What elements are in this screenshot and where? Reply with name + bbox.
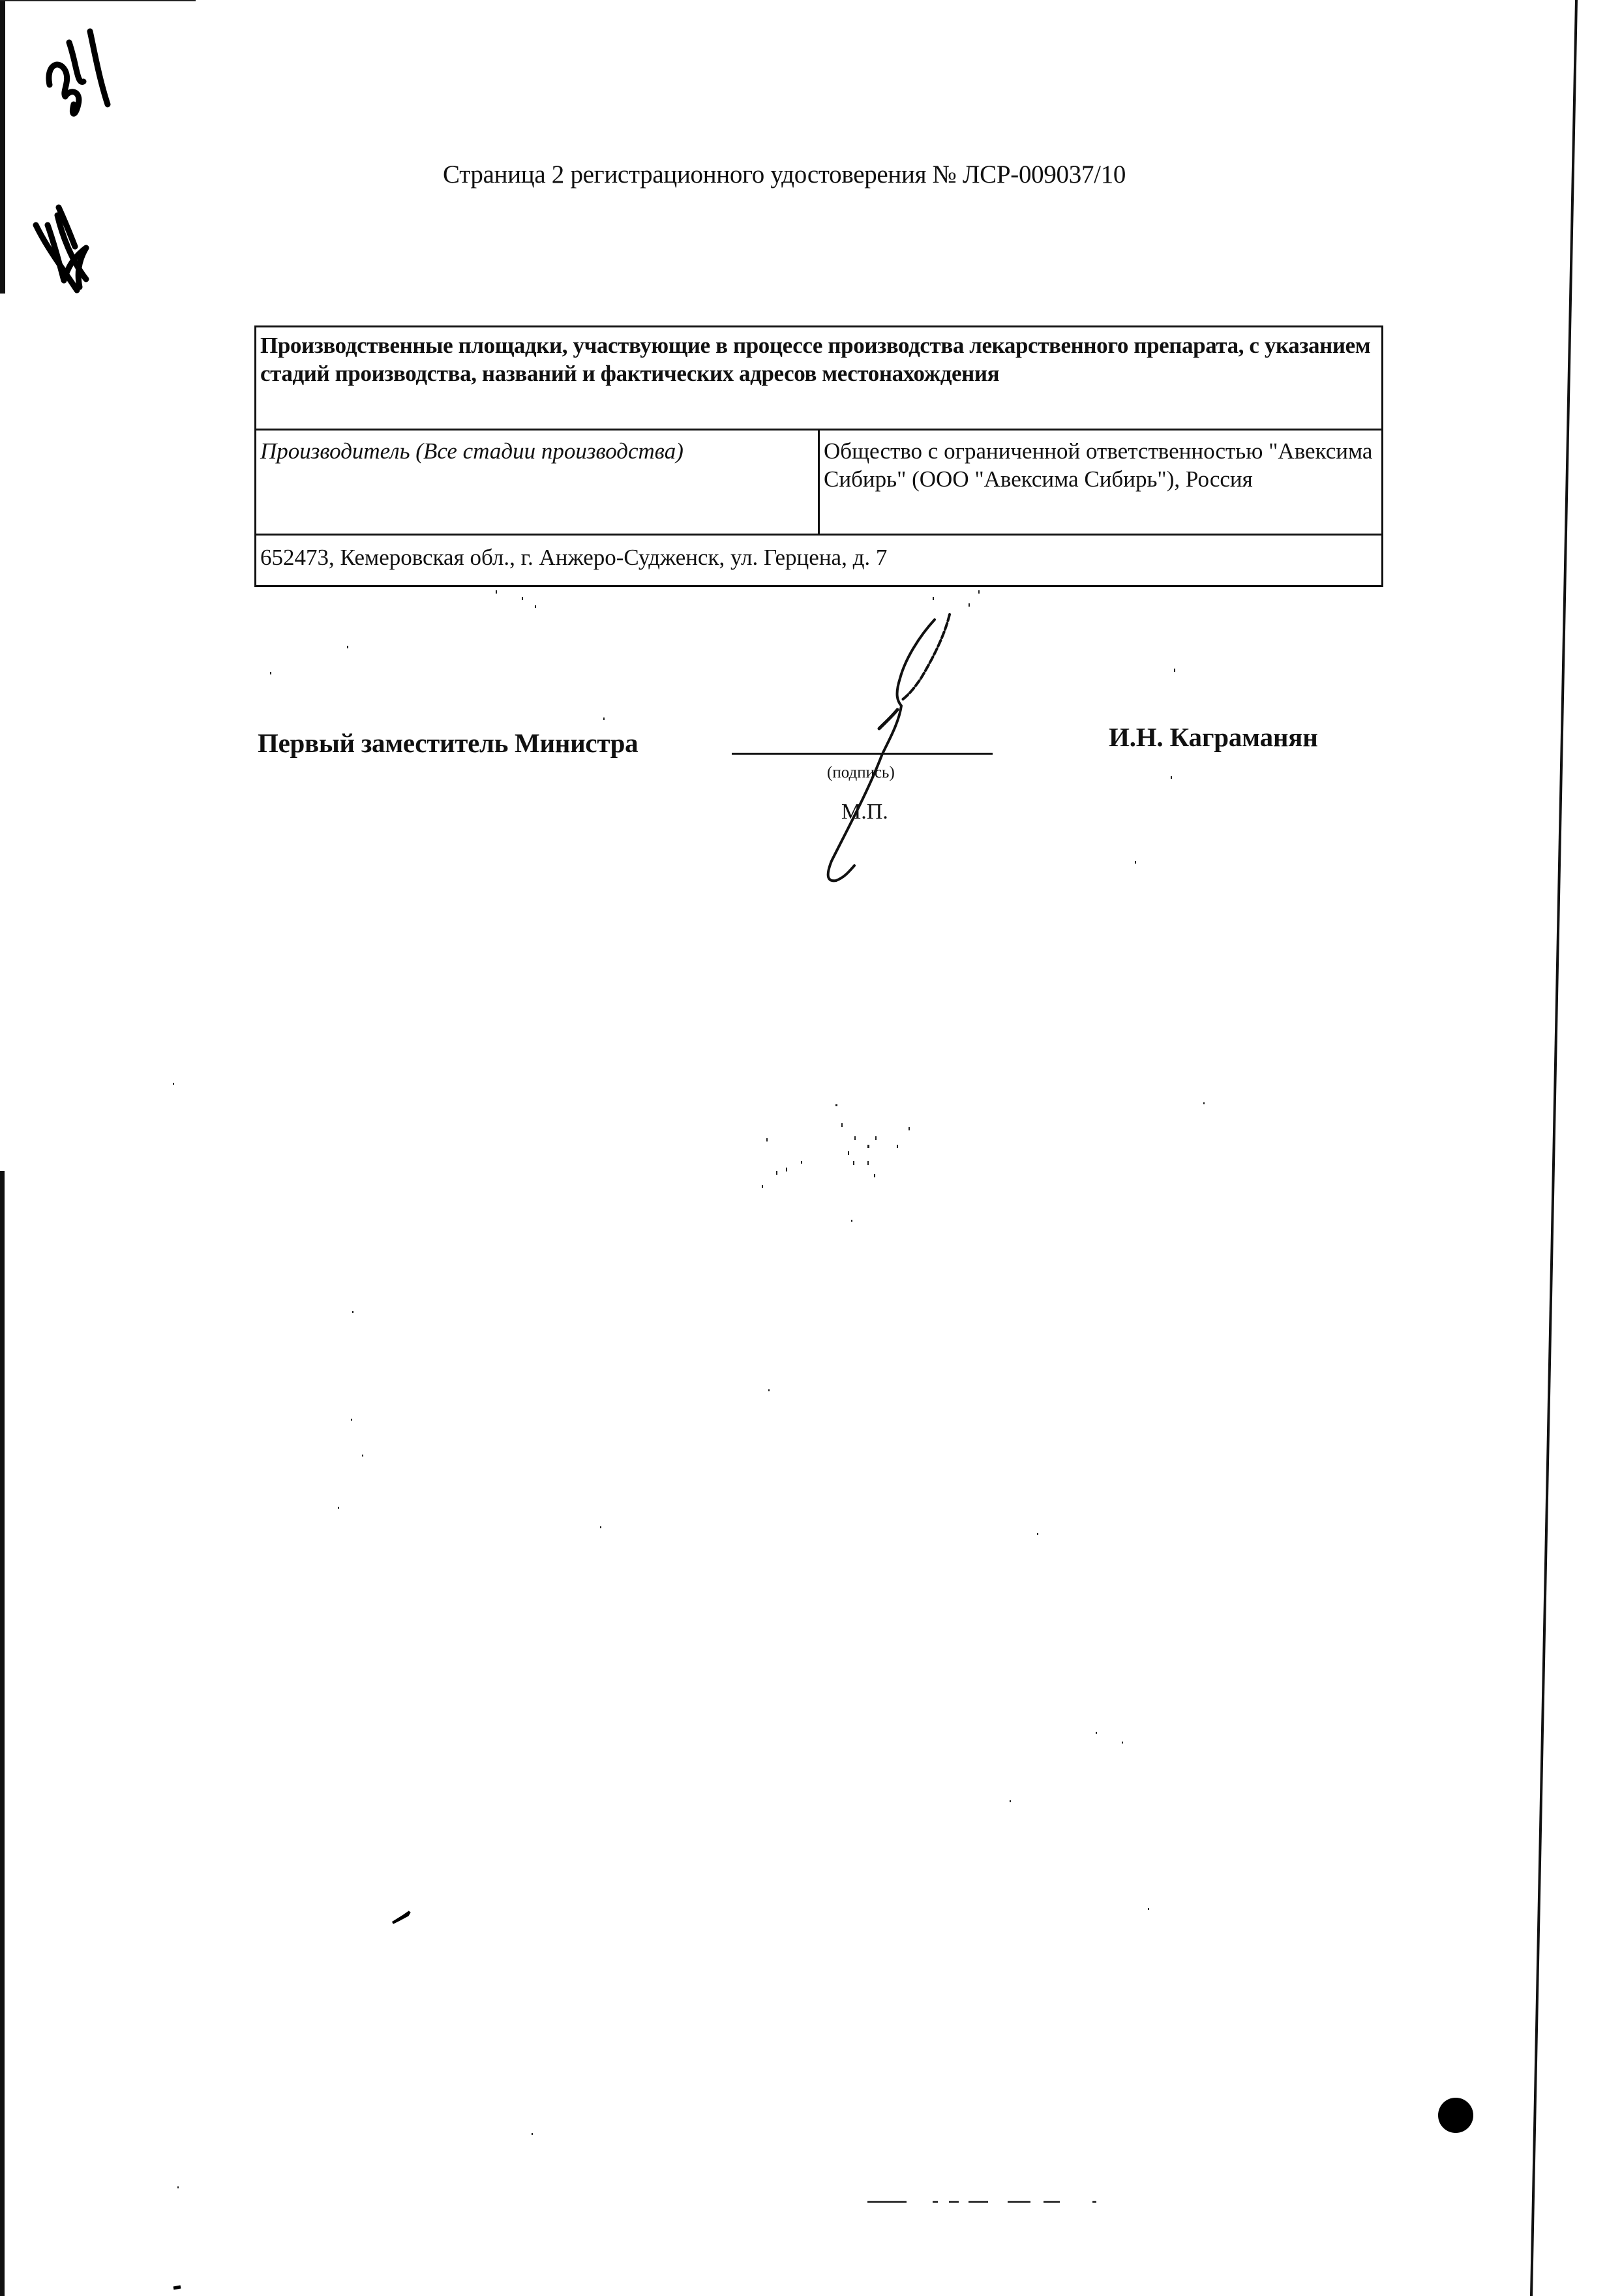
table-row: Производитель (Все стадии производства) … [256,430,1383,535]
punch-hole-dot [1438,2098,1473,2133]
left-edge-shadow-bottom [0,1171,5,2296]
document-header: Страница 2 регистрационного удостоверени… [443,159,1126,190]
table-header-row: Производственные площадки, участвующие в… [256,327,1383,430]
right-page-edge [1531,0,1576,2296]
document-page: Страница 2 регистрационного удостоверени… [0,0,1607,2296]
bottom-dashes [867,2201,1096,2203]
ink-speck-bottom-left [173,2287,181,2288]
table-address-row: 652473, Кемеровская обл., г. Анжеро-Судж… [256,535,1383,586]
handwritten-page-number-icon [49,31,108,113]
ink-mark [393,1912,410,1923]
production-role-cell: Производитель (Все стадии производства) [256,430,819,535]
signatory-name: И.Н. Каграманян [1109,720,1318,754]
production-sites-table: Производственные площадки, участвующие в… [254,325,1383,587]
stamp-placeholder: М.П. [841,799,888,825]
noise-specks [173,590,1205,2188]
table-header-cell: Производственные площадки, участвующие в… [256,327,1383,430]
signatory-title: Первый заместитель Министра [258,726,638,760]
signature-caption: (подпись) [827,763,895,783]
handwritten-initials-icon [36,207,86,290]
left-edge-shadow-top [0,0,5,294]
organization-cell: Общество с ограниченной ответственностью… [819,430,1383,535]
address-cell: 652473, Кемеровская обл., г. Анжеро-Судж… [256,535,1383,586]
signature-line [732,753,993,755]
